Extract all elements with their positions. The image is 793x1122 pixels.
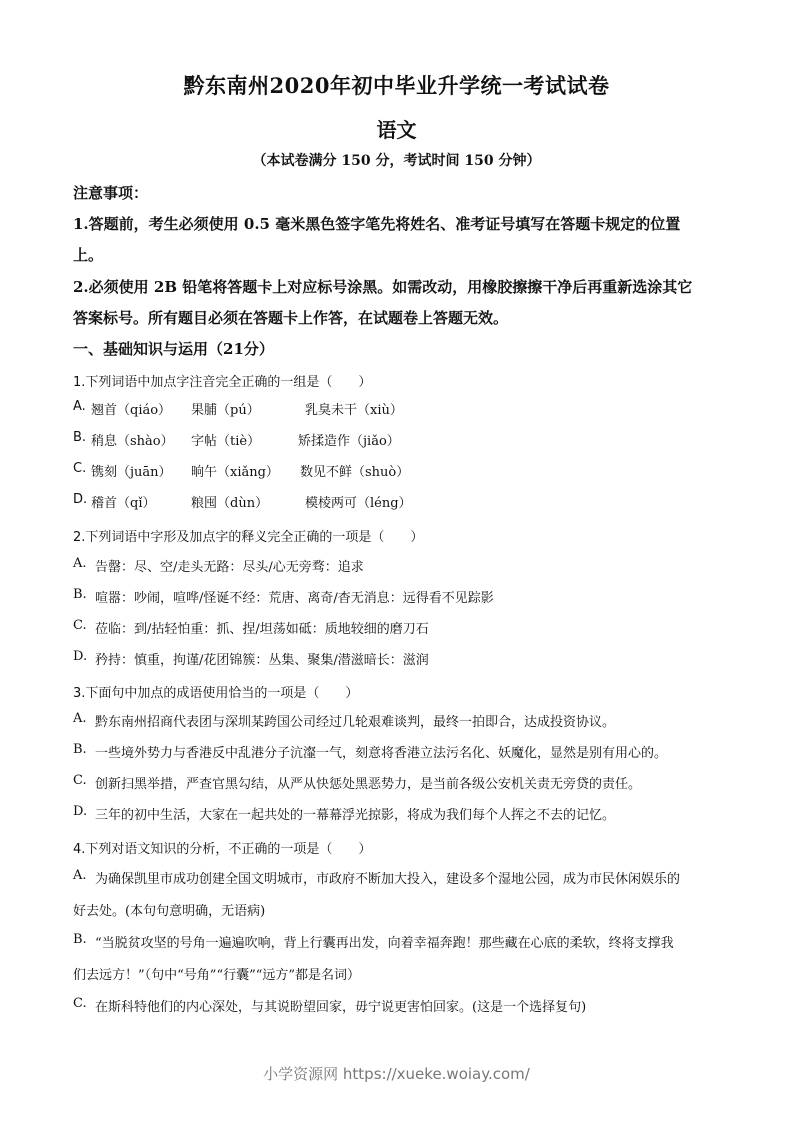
section-heading: 一、基础知识与运用（21分）	[73, 338, 274, 359]
option-text: 莅临：到/拈轻怕重：抓、捏/坦荡如砥：质地较细的磨刀石	[95, 618, 429, 637]
option-label: B.	[73, 430, 86, 445]
option-label: B.	[73, 587, 87, 602]
notice-heading: 注意事项：	[73, 182, 148, 203]
option-item: 数见不鲜（shuò）	[300, 461, 409, 480]
option-item: 乳臭未干（xiù）	[305, 399, 403, 418]
option-label: B.	[73, 742, 87, 757]
option-label: D.	[73, 649, 87, 664]
option-text: 一些境外势力与香港反中乱港分子沆瀣一气，刻意将香港立法污名化、妖魔化，显然是别有…	[95, 742, 667, 761]
option-text: 创新扫黑举措，严查官黑勾结，从严从快惩处黑恶势力，是当前各级公安机关责无旁贷的责…	[95, 773, 641, 792]
option-label: A.	[73, 868, 87, 883]
option-label: D.	[73, 804, 87, 819]
option-text-line-2: 好去处。(本句句意明确，无语病)	[73, 900, 265, 919]
question-1-stem: 1.下列词语中加点字注音完全正确的一组是（ ）	[73, 371, 371, 390]
notice-item-2-line-2: 答案标号。所有题目必须在答题卡上作答，在试题卷上答题无效。	[73, 307, 508, 328]
watermark-footer: 小学资源网 https://xueke.woiay.com/	[0, 1063, 793, 1084]
option-item: 晌午（xiǎng）	[191, 461, 279, 480]
option-item: 翘首（qiáo）	[91, 399, 171, 418]
option-text: 喧嚣：吵闹，喧哗/怪诞不经：荒唐、离奇/杳无消息：远得看不见踪影	[95, 587, 494, 606]
option-label: D.	[73, 492, 87, 507]
option-label: B.	[73, 932, 87, 947]
option-text: 三年的初中生活，大家在一起共处的一幕幕浮光掠影，将成为我们每个人挥之不去的记忆。	[95, 804, 615, 823]
option-text: 告罄：尽、空/走头无路：尽头/心无旁骛：追求	[95, 556, 364, 575]
option-item: 果脯（pú）	[191, 399, 260, 418]
option-label: C.	[73, 461, 86, 476]
option-item: 稽首（qǐ）	[91, 492, 155, 511]
option-text-line-2: 们去远方！”（句中“号角”“行囊”“远方”都是名词）	[73, 964, 360, 983]
score-info: （本试卷满分 150 分，考试时间 150 分钟）	[0, 150, 793, 170]
option-label: A.	[73, 711, 87, 726]
option-label: A.	[73, 399, 86, 414]
exam-subject: 语文	[0, 114, 793, 143]
option-label: C.	[73, 618, 87, 633]
option-item: 模棱两可（léng）	[305, 492, 412, 511]
option-text: 矜持：慎重，拘谨/花团锦簇：丛集、聚集/潜滋暗长：滋润	[95, 649, 429, 668]
option-text-line-1: 为确保凯里市成功创建全国文明城市，市政府不断加大投入，建设多个湿地公园，成为市民…	[95, 868, 680, 887]
option-item: 字帖（tiè）	[191, 430, 260, 449]
option-item: 镌刻（juān）	[91, 461, 172, 480]
option-item: 稍息（shào）	[91, 430, 174, 449]
option-text-line-1: “当脱贫攻坚的号角一遍遍吹响，背上行囊再出发，向着幸福奔跑！那些藏在心底的柔软，…	[95, 932, 674, 951]
question-4-stem: 4.下列对语文知识的分析，不正确的一项是（ ）	[73, 838, 371, 857]
option-label: C.	[73, 996, 87, 1011]
notice-item-1-line-2: 上。	[73, 244, 103, 265]
option-label: A.	[73, 556, 87, 571]
option-text: 黔东南州招商代表团与深圳某跨国公司经过几轮艰难谈判，最终一拍即合，达成投资协议。	[95, 711, 615, 730]
notice-item-2-line-1: 2.必须使用 2B 铅笔将答题卡上对应标号涂黑。如需改动，用橡胶擦擦干净后再重新…	[73, 276, 692, 297]
option-item: 粮囤（dùn）	[191, 492, 268, 511]
option-text: 在斯科特他们的内心深处，与其说盼望回家，毋宁说更害怕回家。(这是一个选择复句)	[95, 996, 586, 1015]
exam-title: 黔东南州2020年初中毕业升学统一考试试卷	[0, 70, 793, 100]
option-item: 矫揉造作（jiǎo）	[298, 430, 400, 449]
exam-page: 黔东南州2020年初中毕业升学统一考试试卷 语文 （本试卷满分 150 分，考试…	[0, 0, 793, 1122]
question-2-stem: 2.下列词语中字形及加点字的释义完全正确的一项是（ ）	[73, 526, 423, 545]
notice-item-1-line-1: 1.答题前，考生必须使用 0.5 毫米黑色签字笔先将姓名、准考证号填写在答题卡规…	[73, 213, 680, 234]
question-3-stem: 3.下面句中加点的成语使用恰当的一项是（ ）	[73, 682, 358, 701]
option-label: C.	[73, 773, 87, 788]
